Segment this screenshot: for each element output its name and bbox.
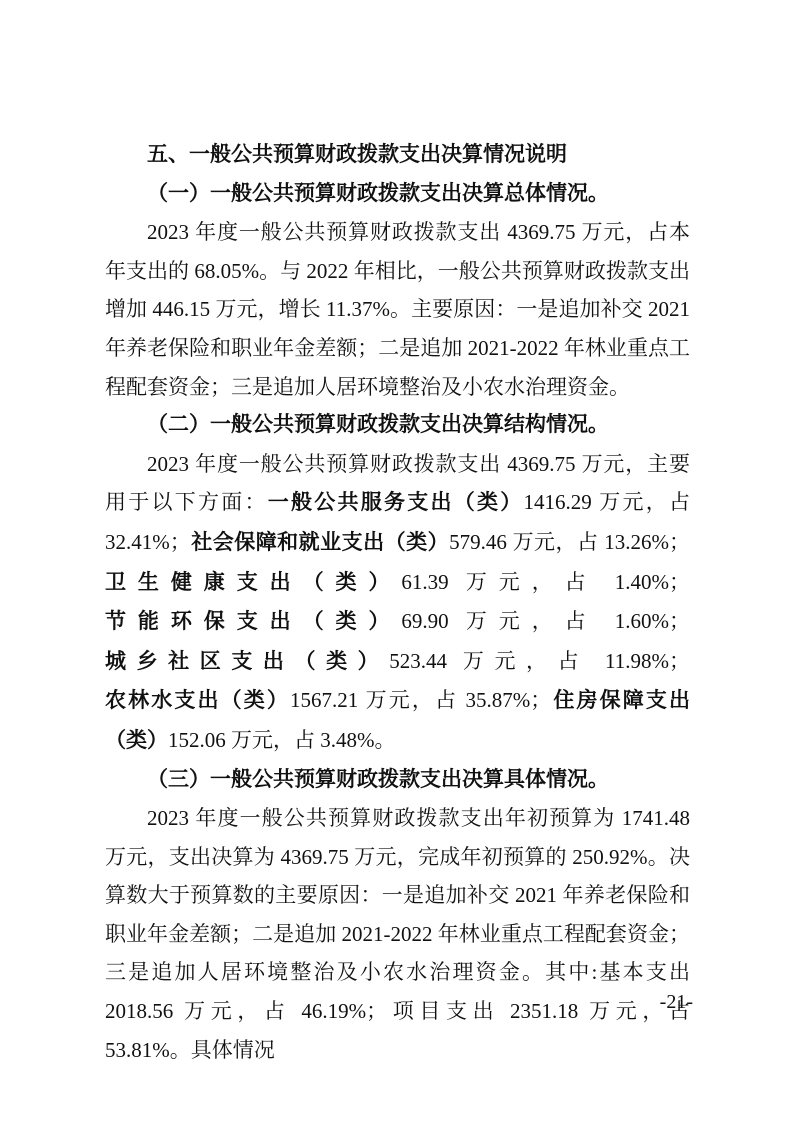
subsection-heading: （二）一般公共预算财政拨款支出决算结构情况。 bbox=[105, 406, 690, 445]
emphasis-text-run: 卫生健康支出（类） bbox=[105, 571, 401, 594]
text-run: 69.90 万元，占 1.60%； bbox=[401, 609, 690, 633]
paragraph: 2023 年度一般公共预算财政拨款支出年初预算为 1741.48 万元，支出决算… bbox=[105, 799, 690, 1069]
document-body: 五、一般公共预算财政拨款支出决算情况说明（一）一般公共预算财政拨款支出决算总体情… bbox=[105, 136, 690, 1069]
page-number: -21- bbox=[660, 990, 693, 1014]
emphasis-text-run: 农林水支出（类） bbox=[105, 689, 290, 712]
subsection-heading: （三）一般公共预算财政拨款支出决算具体情况。 bbox=[105, 761, 690, 800]
emphasis-text-run: 一般公共服务支出（类） bbox=[268, 491, 524, 514]
text-run: 2023 年度一般公共预算财政拨款支出 4369.75 万元，占本年支出的 68… bbox=[105, 220, 690, 398]
text-run: 579.46 万元，占 13.26%； bbox=[449, 530, 690, 554]
document-page: 五、一般公共预算财政拨款支出决算情况说明（一）一般公共预算财政拨款支出决算总体情… bbox=[0, 0, 793, 1122]
paragraph: 2023 年度一般公共预算财政拨款支出 4369.75 万元，主要用于以下方面：… bbox=[105, 445, 690, 761]
text-run: 61.39 万元，占 1.40%； bbox=[401, 570, 690, 594]
text-run: 523.44 万元，占 11.98%； bbox=[389, 649, 690, 673]
text-run: 1567.21 万元，占 35.87%； bbox=[290, 688, 551, 712]
section-heading: 五、一般公共预算财政拨款支出决算情况说明 bbox=[105, 136, 690, 175]
emphasis-text-run: 节能环保支出（类） bbox=[105, 610, 401, 633]
text-run: 2023 年度一般公共预算财政拨款支出年初预算为 1741.48 万元，支出决算… bbox=[105, 806, 690, 1062]
emphasis-text-run: 城乡社区支出（类） bbox=[105, 650, 389, 673]
emphasis-text-run: 社会保障和就业支出（类） bbox=[191, 531, 449, 554]
text-run: 152.06 万元，占 3.48%。 bbox=[168, 728, 396, 752]
subsection-heading: （一）一般公共预算财政拨款支出决算总体情况。 bbox=[105, 175, 690, 214]
paragraph: 2023 年度一般公共预算财政拨款支出 4369.75 万元，占本年支出的 68… bbox=[105, 213, 690, 406]
